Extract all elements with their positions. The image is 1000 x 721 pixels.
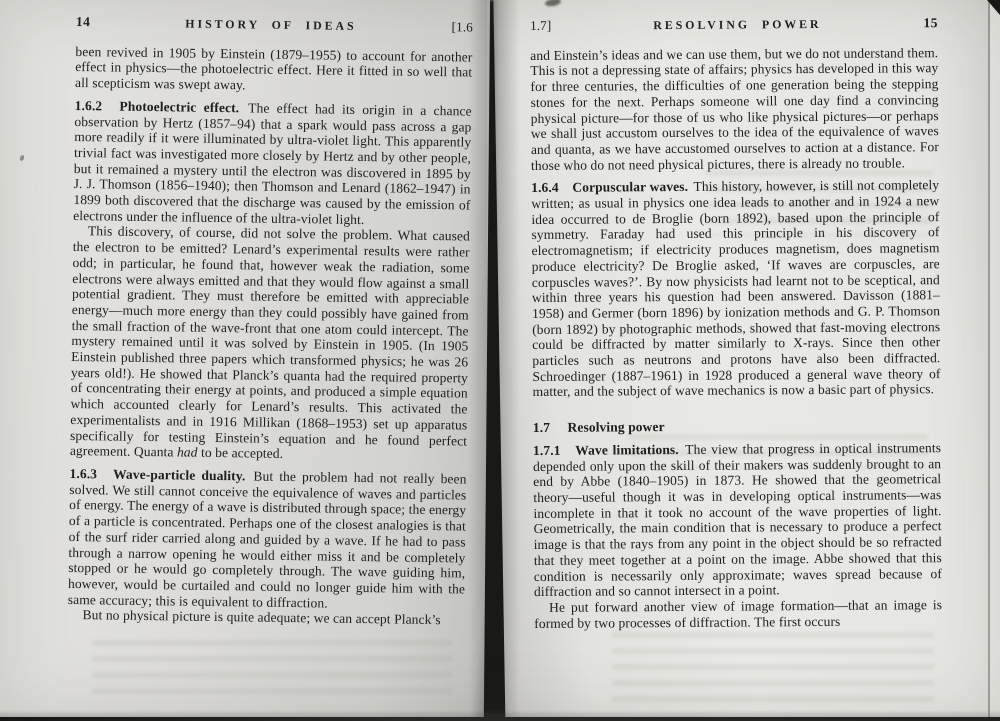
heading-title: Resolving power <box>567 419 664 435</box>
section-1-7-1-paragraph: 1.7.1 Wave limitations. The view that pr… <box>533 440 942 600</box>
section-number: 1.6.2 <box>75 98 103 113</box>
section-1-6-2-paragraph: 1.6.2 Photoelectric effect. The effect h… <box>73 98 472 229</box>
paragraph-outro-right: He put forward another view of image for… <box>534 597 942 631</box>
section-1-6-3-paragraph: 1.6.3 Wave-particle duality. But the pro… <box>68 466 467 613</box>
page-right-content: 1.7] RESOLVING POWER 15 and Einstein’s i… <box>530 15 942 631</box>
section-number: 1.7.1 <box>533 443 561 458</box>
book-spread: 14 HISTORY OF IDEAS [1.6 been revived in… <box>0 0 1000 721</box>
page-number-right: 15 <box>923 15 938 31</box>
section-body: The effect had its origin in a chance ob… <box>73 100 472 227</box>
running-title-right: RESOLVING POWER <box>653 17 821 34</box>
page-edge-right <box>990 0 1000 721</box>
page-left-content: 14 HISTORY OF IDEAS [1.6 been revived in… <box>67 14 472 628</box>
section-title: Wave limitations. <box>575 442 679 458</box>
section-1-6-4-paragraph: 1.6.4 Corpuscular waves. This history, h… <box>531 177 941 400</box>
section-number: 1.6.4 <box>531 180 559 195</box>
bleed-through-text <box>612 632 934 702</box>
page-number-left: 14 <box>76 14 91 30</box>
paragraph-text: to be accepted. <box>197 445 283 461</box>
section-title: Corpuscular waves. <box>572 179 688 195</box>
section-number: 1.6.3 <box>69 466 97 481</box>
section-body: But the problem had not really been solv… <box>68 469 467 611</box>
section-title: Photoelectric effect. <box>119 98 239 115</box>
running-title-left: HISTORY OF IDEAS <box>185 17 356 35</box>
page-edge-line <box>988 0 990 721</box>
scan-corner-shadow <box>987 0 1000 15</box>
emphasized-word: had <box>177 445 198 460</box>
section-ref-right: 1.7] <box>530 18 551 34</box>
section-body: This history, however, is still not comp… <box>531 177 940 399</box>
section-title: Wave-particle duality. <box>113 467 245 484</box>
bottom-page-shadow <box>0 710 1000 717</box>
scan-bottom-edge <box>0 717 1000 721</box>
running-head-right: 1.7] RESOLVING POWER 15 <box>530 15 938 35</box>
paragraph-discovery: This discovery, of course, did not solve… <box>70 223 470 464</box>
paragraph-text: This discovery, of course, did not solve… <box>70 224 470 460</box>
paragraph-intro-right: and Einstein’s ideas and we can use them… <box>530 45 939 173</box>
section-1-7-heading: 1.7 Resolving power <box>533 417 941 436</box>
bleed-through-text <box>92 640 452 702</box>
section-body: The view that progress in optical instru… <box>533 440 942 599</box>
heading-number: 1.7 <box>533 420 550 435</box>
paragraph-intro-left: been revived in 1905 by Einstein (1879–1… <box>75 44 473 97</box>
